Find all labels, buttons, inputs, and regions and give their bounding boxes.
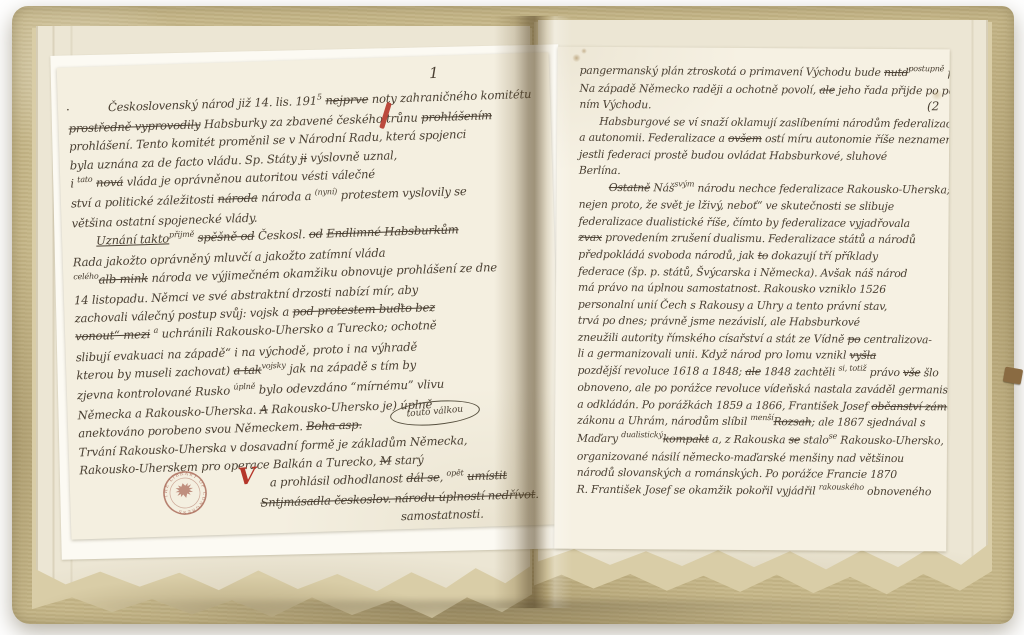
handwriting-segment: alb mink [98, 271, 148, 287]
handwriting-segment: trvá po dnes; právně jsme nezávislí, ale… [578, 314, 860, 329]
handwriting-segment: ale [745, 365, 761, 378]
handwriting-segment: federalizace dualistické říše, čímto by … [578, 215, 909, 230]
handwriting-segment: spěšně od [197, 229, 254, 245]
handwriting-segment: li a germanizovali unii. Když národ pro … [578, 347, 850, 362]
handwriting-segment: Rakousko-Uhersko, [837, 434, 944, 448]
handwriting-segment: a, z Rakouska [709, 433, 789, 447]
handwriting-segment: personalní unií Čech s Rakousy a Uhry a … [578, 297, 887, 312]
handwriting-segment: občanství zámek [871, 400, 950, 414]
handwriting-segment: Berlína. [579, 164, 621, 177]
handwriting-segment: tato [77, 175, 92, 184]
manuscript-line: R. František Josef se okamžik pokořil vy… [577, 481, 941, 501]
handwriting-segment: právo [866, 366, 903, 379]
handwriting-segment: to [758, 249, 769, 262]
handwriting-segment: prohlášením [421, 108, 492, 124]
handwriting-segment: a [153, 326, 158, 335]
handwriting-segment: obnoveného [864, 484, 931, 497]
handwriting-segment: si, totiž [838, 363, 866, 372]
handwriting-segment: zvax [578, 231, 602, 244]
handwriting-segment: pangermanský plán ztroskotá o primavení … [580, 64, 884, 79]
handwriting-segment: pod protestem buďto bez [292, 300, 435, 318]
margin-mark: · [66, 103, 70, 117]
handwriting-segment: 5 [317, 93, 322, 102]
handwriting-segment: Uznání takto [96, 232, 169, 248]
handwriting-segment: nejen proto, že svět je lživý, neboť“ ve… [579, 198, 894, 213]
handwriting-segment: nejprve [325, 92, 368, 107]
red-check-mark: V [237, 462, 257, 490]
manuscript-line: národů slovanských a románských. Po porá… [577, 465, 941, 484]
handwriting-segment: a prohlásil odhodlanost [270, 471, 407, 489]
handwriting-segment: dualistický [621, 430, 663, 439]
handwriting-segment: protestem vyslovily se [337, 184, 467, 202]
handwriting-segment: postupně [908, 64, 944, 73]
handwriting-segment: ale [819, 83, 835, 96]
handwriting-segment: Boha asp. [306, 418, 362, 434]
handwriting-segment: samostatnosti. [401, 507, 484, 524]
handwriting-segment: menší [750, 413, 773, 422]
handwriting-segment: vojsky [261, 361, 285, 371]
handwriting-segment: pozdější revoluce 1618 a 1848; [577, 364, 745, 378]
handwriting-segment: Rozsah [773, 416, 811, 429]
handwriting-segment: předpokládá svoboda národů, jak [578, 248, 758, 262]
handwriting-segment: nutď [884, 66, 908, 79]
handwriting-segment: ství a politické záležitosti [71, 192, 218, 211]
handwriting-segment: Náš [650, 181, 674, 194]
handwriting-segment: ostí míru autonomie říše neznamenají, [762, 132, 950, 146]
handwriting-segment: národů slovanských a románských. Po porá… [577, 466, 897, 481]
manuscript-text-left: Československý národ již 14. lis. 1915 n… [68, 85, 555, 536]
handwriting-segment: národu nechce federalizace Rakousko-Uher… [694, 181, 950, 196]
handwriting-segment: M [379, 453, 391, 467]
manuscript-line: předpokládá svoboda národů, jak to dokaz… [578, 247, 942, 266]
handwriting-segment: se [789, 433, 801, 446]
handwriting-segment: federace (šp. p. států, Švýcarska i Něme… [578, 264, 907, 279]
handwriting-segment: zneužili autority římského císařství a s… [578, 331, 848, 346]
handwriting-segment: vyšla [849, 349, 876, 362]
handwriting-segment: úplně [233, 382, 255, 392]
handwriting-segment: a tak [233, 362, 262, 377]
handwriting-segment: po [847, 332, 860, 345]
handwriting-segment: zjevna kontrolované Rusko [77, 383, 234, 402]
handwriting-segment: dál se [406, 470, 440, 485]
handwriting-segment: opět [446, 468, 463, 478]
handwriting-segment: jak na západě s tím by [285, 358, 416, 376]
handwriting-segment: R. František Josef se okamžik pokořil vy… [577, 482, 819, 497]
handwriting-segment: Maďary [577, 432, 621, 445]
handwriting-segment: kterou by museli zachovat) [76, 363, 234, 382]
handwriting-segment: Na západě Německo raději a ochotně povol… [579, 81, 819, 96]
handwriting-segment: svým [674, 179, 694, 188]
handwriting-segment: starý [391, 452, 424, 467]
handwriting-segment: provedením zrušení dualismu. Federalizac… [602, 231, 916, 246]
handwriting-segment: . [535, 487, 539, 501]
handwriting-segment: přijmě [169, 230, 194, 240]
handwriting-segment: a odkládán. Po porážkách 1859 a 1866, Fr… [577, 398, 871, 413]
handwriting-segment: Československý národ již 14. lis. 191 [108, 94, 317, 115]
handwriting-segment: centralizova- [860, 333, 931, 346]
handwriting-segment: obnoveno, ale po porážce revoluce vídeňs… [577, 381, 949, 397]
manuscript-sheet-left: 1 Československý národ již 14. lis. 1915… [57, 52, 564, 539]
handwriting-segment: 1848 zachtěli [761, 365, 839, 379]
handwriting-segment: vonout“ mezi [75, 327, 150, 343]
handwriting-segment: dokazují tří příklady [768, 249, 878, 263]
book-shadow [60, 600, 940, 626]
handwriting-segment: umístit [467, 468, 507, 483]
handwriting-segment: Ostatně [609, 181, 651, 194]
handwriting-segment: nová [96, 175, 124, 190]
handwriting-segment: kompakt [663, 432, 709, 445]
handwriting-segment: prostředně vyprovodily [68, 118, 200, 136]
manuscript-line: pangermanský plán ztroskotá o primavení … [580, 63, 944, 83]
binding-tab [1003, 367, 1023, 385]
manuscript-text-right: pangermanský plán ztroskotá o primavení … [577, 63, 944, 502]
handwriting-segment: má právo na úplnou samostatnost. Rakousk… [578, 281, 886, 296]
paper-stain [581, 48, 587, 54]
handwriting-segment: noty zahraničného komitétu [368, 87, 531, 106]
handwriting-segment: se [829, 432, 838, 441]
paper-stain [572, 54, 581, 62]
manuscript-sheet-right: (2 pangermanský plán ztroskotá o primave… [554, 47, 949, 552]
handwriting-segment: ovšem [728, 132, 762, 145]
handwriting-segment: národa [217, 191, 257, 206]
handwriting-segment: bylo odevzdáno “mírnému” vlivu [255, 377, 444, 397]
paper-stain [930, 90, 944, 100]
handwriting-segment: Habsburgové se ví snaží oklamují zaslíbe… [599, 115, 950, 130]
manuscript-photo: 1 Československý národ již 14. lis. 1915… [0, 0, 1024, 635]
handwriting-segment: Endlimné Habsburkům [326, 223, 459, 241]
handwriting-segment: celého [73, 271, 99, 281]
handwriting-segment: šlo [920, 366, 938, 379]
handwriting-segment: výslovně uznal, [307, 148, 398, 165]
manuscript-line: Maďary dualistickýkompakt a, z Rakouska … [577, 431, 941, 451]
handwriting-segment: národa a [257, 189, 315, 205]
handwriting-segment: vše [903, 366, 921, 379]
handwriting-segment: stalo [800, 433, 829, 446]
handwriting-segment: ; ale 1867 sjednával s [812, 416, 926, 430]
handwriting-segment: organizované násilí německo-maďarské men… [577, 449, 904, 464]
handwriting-segment: ním Východu. [579, 98, 651, 112]
handwriting-segment: od [309, 227, 323, 241]
manuscript-line: jestli federaci prostě budou ovládat Hab… [579, 147, 943, 166]
page-number-left: 1 [429, 64, 439, 82]
handwriting-segment: zákonu a Uhrám, národům slíbil [577, 414, 750, 428]
manuscript-line: ním Východu. [579, 97, 943, 116]
handwriting-segment: jestli federaci prostě budou ovládat Hab… [579, 148, 887, 163]
manuscript-line: má právo na úplnou samostatnost. Rakousk… [578, 280, 942, 299]
stamp-eagle-icon [174, 481, 195, 500]
handwriting-segment: (nyní) [315, 187, 338, 197]
handwriting-segment: a autonomii. Federalizace a [579, 131, 728, 145]
handwriting-segment: Českosl. [254, 227, 309, 243]
handwriting-segment: rakouského [819, 482, 864, 491]
handwriting-segment: pořádkem. [944, 66, 950, 79]
